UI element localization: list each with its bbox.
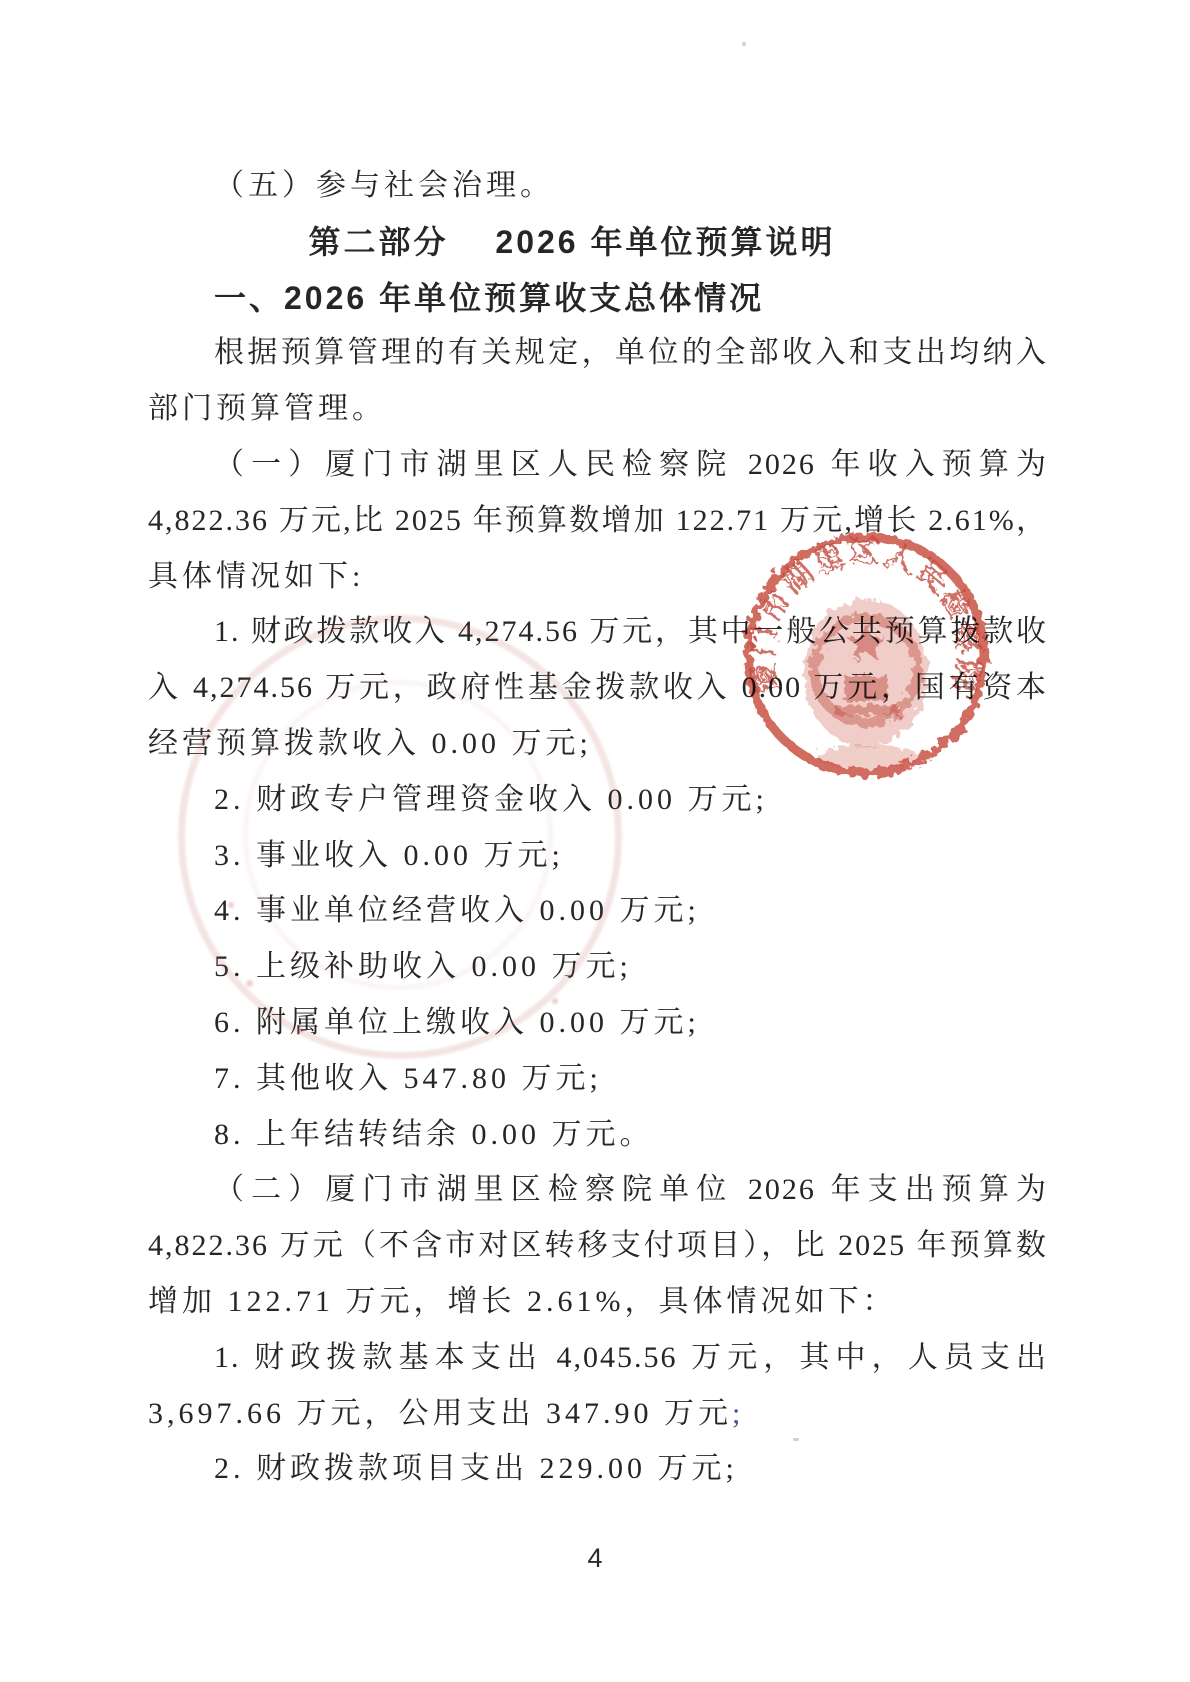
text-line: 3,697.66 万元，公用支出 347.90 万元; bbox=[148, 1393, 1048, 1435]
scan-noise-dot bbox=[742, 42, 746, 46]
blue-semicolon: ; bbox=[732, 1397, 744, 1430]
text-line-content: 4,822.36 万元（不含市对区转移支付项目），比 2025 年预算数 bbox=[148, 1229, 1048, 1262]
text-line-content: 1. 财政拨款基本支出 4,045.56 万元，其中，人员支出 bbox=[214, 1341, 1048, 1374]
ghost-stamp-inner-ring bbox=[243, 680, 553, 990]
text-line: 4,822.36 万元（不含市对区转移支付项目），比 2025 年预算数 bbox=[148, 1225, 1048, 1267]
text-line-content: 增加 122.71 万元，增长 2.61%，具体情况如下： bbox=[148, 1285, 897, 1318]
text-line-content: 具体情况如下: bbox=[148, 560, 364, 593]
text-line-content: （二）厦门市湖里区检察院单位 2026 年支出预算为 bbox=[214, 1173, 1048, 1206]
official-seal-stamp: 厦门市湖里区人民检察院 bbox=[726, 515, 1006, 795]
text-line-content: 第二部分 2026 年单位预算说明 bbox=[309, 224, 836, 260]
stamp-speck bbox=[552, 998, 558, 1004]
text-line: 7. 其他收入 547.80 万元; bbox=[148, 1058, 1048, 1100]
stamp-speck bbox=[228, 902, 234, 908]
text-line-content: 一、2026 年单位预算收支总体情况 bbox=[214, 280, 764, 316]
text-line: 增加 122.71 万元，增长 2.61%，具体情况如下： bbox=[148, 1281, 1048, 1323]
text-line-content: （五）参与社会治理。 bbox=[214, 169, 554, 202]
scan-noise-dot bbox=[793, 1438, 799, 1441]
page-number: 4 bbox=[0, 1543, 1190, 1574]
text-line: 部门预算管理。 bbox=[148, 388, 1048, 430]
stamp-speck bbox=[298, 1028, 303, 1033]
document-page: （五）参与社会治理。第二部分 2026 年单位预算说明一、2026 年单位预算收… bbox=[0, 0, 1190, 1682]
text-line: （二）厦门市湖里区检察院单位 2026 年支出预算为 bbox=[148, 1169, 1048, 1211]
text-line: （一）厦门市湖里区人民检察院 2026 年收入预算为 bbox=[148, 444, 1048, 486]
text-line-content: 8. 上年结转结余 0.00 万元。 bbox=[214, 1118, 654, 1151]
text-line-content: （一）厦门市湖里区人民检察院 2026 年收入预算为 bbox=[214, 448, 1048, 481]
stamp-speck bbox=[246, 980, 253, 987]
text-line: 2. 财政拨款项目支出 229.00 万元; bbox=[148, 1448, 1048, 1490]
text-line-content: 部门预算管理。 bbox=[148, 392, 386, 425]
text-line: （五）参与社会治理。 bbox=[148, 165, 1048, 207]
text-line: 第二部分 2026 年单位预算说明 bbox=[122, 221, 1022, 263]
national-emblem-icon bbox=[804, 599, 928, 769]
text-line: 根据预算管理的有关规定，单位的全部收入和支出均纳入 bbox=[148, 332, 1048, 374]
text-line-content: 7. 其他收入 547.80 万元; bbox=[214, 1062, 602, 1095]
text-line-content: 2. 财政拨款项目支出 229.00 万元; bbox=[214, 1452, 738, 1485]
text-line: 8. 上年结转结余 0.00 万元。 bbox=[148, 1114, 1048, 1156]
text-line: 一、2026 年单位预算收支总体情况 bbox=[148, 277, 1048, 319]
text-line-content: 3,697.66 万元，公用支出 347.90 万元 bbox=[148, 1397, 732, 1430]
text-line: 1. 财政拨款基本支出 4,045.56 万元，其中，人员支出 bbox=[148, 1337, 1048, 1379]
text-line-content: 根据预算管理的有关规定，单位的全部收入和支出均纳入 bbox=[214, 336, 1048, 369]
